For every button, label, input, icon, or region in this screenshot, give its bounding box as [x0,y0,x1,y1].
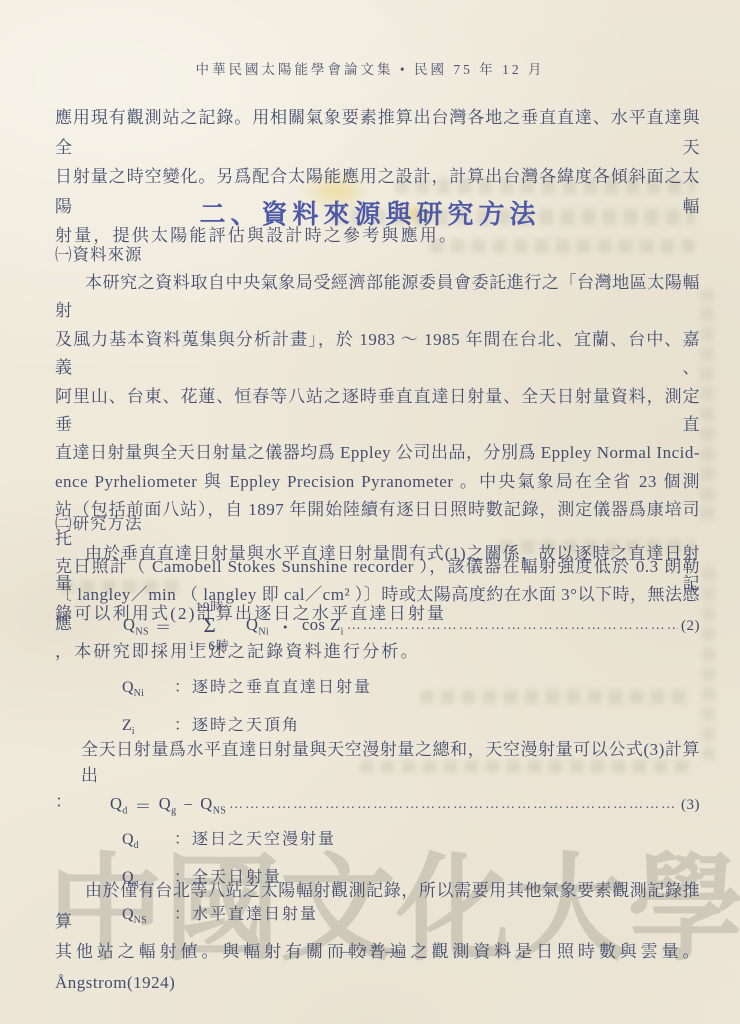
eq2-cos-term: cos Zi [302,615,344,637]
bleed-through-artifact [700,290,714,520]
sigma-symbol: Σ [204,615,217,636]
bleed-through-artifact [702,560,715,760]
definition-symbol: QNi [122,672,174,710]
definition-line: Qd ：逐日之天空漫射量 [122,824,700,862]
section-title: 二、資料來源與研究方法 [0,194,740,231]
eq2-lhs: QNS [123,615,149,637]
equals-sign: ＝ [155,614,172,638]
paragraph-line: 本研究之資料取自中央氣象局受經濟部能源委員會委託進行之「台灣地區太陽輻射 [55,269,700,326]
eq3-term-2: QNS [200,794,226,816]
paragraph-line: 阿里山、台東、花蓮、恒春等八站之逐時垂直直達日射量、全天日射量資料，測定垂直 [55,383,700,440]
definition-text: ：逐日之天空漫射量 [174,824,336,856]
definition-text: ：逐時之垂直直達日射量 [174,672,372,704]
sigma-sum: 19時 Σ i＝6時 [190,600,230,652]
definition-subscript: i [132,726,135,737]
document-page: 中 國 文 化 大 學 中華民國太陽能學會論文集 • 民國 75 年 12 月 … [0,0,740,1024]
sum-lower-limit: i＝6時 [190,639,230,652]
eq2-cos-subscript: i [341,626,344,637]
paragraph-line: 應用現有觀測站之記錄。用相關氣象要素推算出台灣各地之垂直直達、水平直達與全天 [55,103,700,162]
equation-number: (3) [681,797,700,814]
dot-leader: …………………………………………………………………………………………… [229,797,678,813]
eq3-lhs-subscript: d [122,805,127,816]
minus-sign: − [183,795,193,815]
equation-3: Qd ＝ Qg − QNS ……………………………………………………………………… [110,793,700,817]
subsection-label: ㈡研究方法 [55,510,700,534]
journal-running-head: 中華民國太陽能學會論文集 • 民國 75 年 12 月 [0,58,740,78]
subsection-data-source-label: ㈠資料來源 [55,241,700,265]
eq3-term-1: Qg [159,794,177,816]
definition-line: QNi ：逐時之垂直直達日射量 [122,672,700,710]
definition-symbol: Qd [122,824,174,862]
paragraph-line: 由於僅有台北等八站之太陽輻射觀測記錄，所以需要用其他氣象要素觀測記錄推算 [55,876,700,937]
subsection-method-label: ㈡研究方法 [55,510,700,534]
closing-paragraph: 由於僅有台北等八站之太陽輻射觀測記錄，所以需要用其他氣象要素觀測記錄推算 其他站… [55,876,700,998]
definition-subscript: Ni [134,688,145,699]
paragraph-line: 直達日射量與全天日射量之儀器均爲 Eppley 公司出品，分別爲 Eppley … [55,439,700,467]
dot-leader: …………………………………………………………………………………… [347,618,678,634]
eq3-term-2-subscript: NS [213,805,226,816]
equals-sign: ＝ [135,793,152,817]
page-number: — 17 — [0,944,740,961]
sum-upper-limit: 19時 [195,600,224,613]
definition-subscript: d [134,840,139,851]
eq3-term-1-subscript: g [171,805,176,816]
equation-number: (2) [681,618,700,635]
paragraph-line: 由於垂直直達日射量與水平直達日射量間有式(1)之關係，故以逐時之直達日射量記 [55,539,700,599]
paragraph-line: 及風力基本資料蒐集與分析計畫」，於 1983 ～ 1985 年間在台北、宜蘭、台… [55,326,700,383]
multiplication-dot: ・ [277,614,294,638]
equation-3-block: Qd ＝ Qg − QNS ……………………………………………………………………… [55,793,700,817]
subsection-label: ㈠資料來源 [55,241,700,265]
paragraph-line: 全天日射量爲水平直達日射量與天空漫射量之總和，天空漫射量可以公式(3)計算出 [55,737,700,789]
eq3-lhs: Qd [110,794,128,816]
eq2-lhs-subscript: NS [135,626,148,637]
equation-2-block: QNS ＝ 19時 Σ i＝6時 QNi ・ cos Zi …………………………… [55,600,700,652]
eq2-term: QNi [246,615,269,637]
equation-2: QNS ＝ 19時 Σ i＝6時 QNi ・ cos Zi …………………………… [123,600,700,652]
paragraph-line: ence Pyrheliometer 與 Eppley Precision Py… [55,468,700,496]
eq2-term-subscript: Ni [258,626,269,637]
